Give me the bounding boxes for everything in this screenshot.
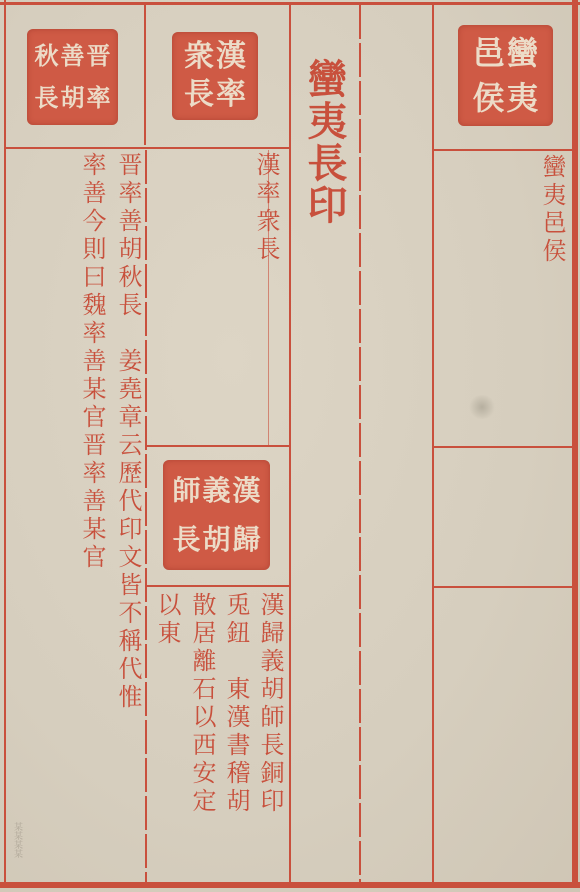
commentary-jin-line-1: 晋率善胡秋長 姜堯章云歷代印文皆不稱代惟: [116, 152, 140, 712]
hrule-right-587: [433, 586, 573, 588]
hrule-seal-box-bottom: [146, 585, 290, 587]
seal-column: 秋長: [35, 35, 59, 119]
library-mark: 某某某某: [14, 822, 24, 880]
commentary-han-line-1: 漢歸義胡師長銅印: [258, 592, 282, 816]
seal-column: 漢歸: [233, 466, 261, 564]
commentary-jin-line-2: 率善今則曰魏率善某官晋率善某官: [80, 152, 104, 572]
seal-jin-shuai-shan-hu-qiu-zhang: 晋率 善胡 秋長: [27, 29, 118, 125]
seal-han-gui-yi-hu-shi-zhang: 漢歸 義胡 師長: [163, 460, 270, 570]
seal-column: 晋率: [87, 35, 111, 119]
divider-433: [432, 5, 434, 882]
divider-145-lower: [145, 150, 147, 882]
seal-han-shuai-zhong-zhang: 漢率 衆長: [172, 32, 258, 120]
entry-title-han-shuai-zhong-zhang: 漢率衆長: [254, 152, 278, 264]
hrule-left-top: [4, 147, 290, 149]
frame-right: [572, 0, 578, 888]
hrule-mid-box-bottom: [146, 445, 290, 447]
divider-290: [289, 5, 291, 882]
commentary-han-line-4: 以東: [155, 592, 179, 648]
seal-column: 義胡: [202, 466, 230, 564]
seal-column: 師長: [172, 466, 200, 564]
paper-smudge: [468, 395, 496, 419]
entry-title-manyi-yi-hou: 蠻夷邑侯: [540, 154, 564, 266]
hrule-right-446: [433, 446, 573, 448]
seal-column: 衆長: [184, 38, 214, 114]
seal-manyi-yi-hou: 蠻夷 邑侯: [458, 25, 553, 126]
entry-title-manyi-zhang-yin: 蠻夷長印: [304, 58, 344, 226]
seal-column: 蠻夷: [507, 31, 539, 120]
hrule-right-top: [433, 149, 573, 151]
divider-360: [359, 5, 361, 882]
frame-bottom: [0, 882, 580, 888]
commentary-han-line-2: 兎鈕 東漢書稽胡: [224, 592, 248, 816]
commentary-han-line-3: 散居離石以西安定: [190, 592, 214, 816]
divider-145: [144, 5, 146, 145]
woodblock-page: 晋率 善胡 秋長 漢率 衆長 蠻夷 邑侯 漢歸 義胡 師長 蠻夷長印 蠻夷邑侯 …: [0, 0, 580, 892]
frame-left: [4, 0, 6, 885]
seal-column: 漢率: [216, 38, 246, 114]
seal-column: 邑侯: [472, 31, 504, 120]
seal-column: 善胡: [61, 35, 85, 119]
